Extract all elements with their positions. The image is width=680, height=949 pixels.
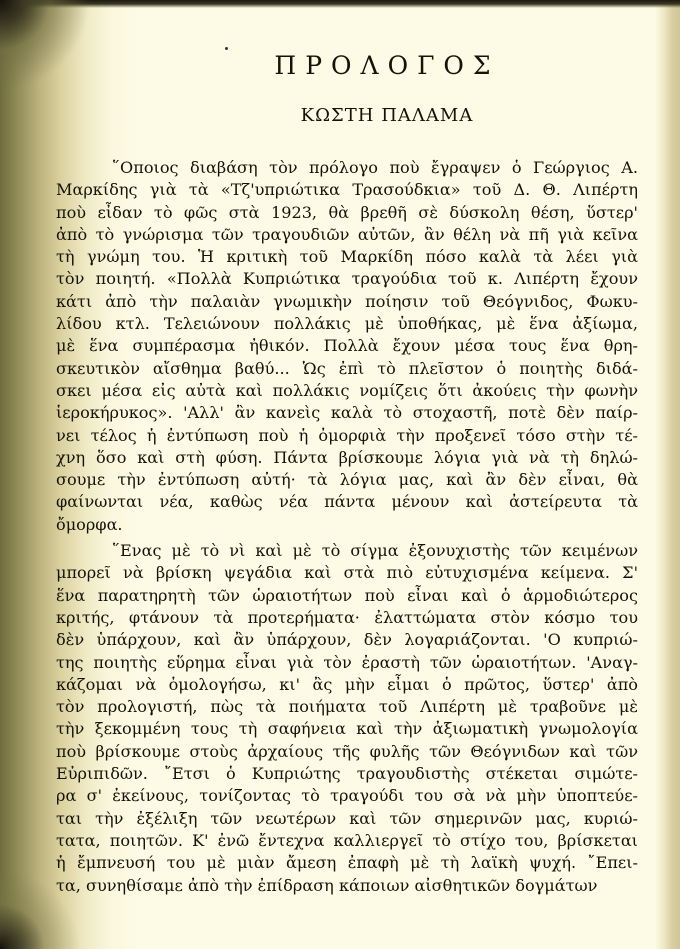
text-line: κριτής, φτάνουν τὰ προτερήματα· ἐλαττώμα… xyxy=(56,607,638,629)
text-line: σκει μέσα εἰς αὐτὰ καὶ πολλάκις νομίζεις… xyxy=(56,380,638,402)
text-line: ὄμορφα. xyxy=(56,514,638,536)
text-line: της ποιητὴς εὕρημα εἶναι γιὰ τὸν ἐραστὴ … xyxy=(56,652,638,674)
text-line: δὲν ὑπάρχουν, καὶ ἂν ὑπάρχουν, δὲν λογαρ… xyxy=(56,629,638,651)
text-line: κάζομαι νὰ ὁμολογήσω, κι' ἂς μὴν εἶμαι ὁ… xyxy=(56,674,638,696)
text-line: μὲ ἕνα συμπέρασμα ἠθικόν. Πολλὰ ἔχουν μέ… xyxy=(56,335,638,357)
text-line: τὴν ξεκομμένη τους τὴ σαφήνεια καὶ τὴν ἀ… xyxy=(56,718,638,740)
text-line: χνη ὅσο καὶ στὴ φύση. Πάντα βρίσκουμε λό… xyxy=(56,447,638,469)
text-line: ῞Ενας μὲ τὸ νὶ καὶ μὲ τὸ σίγμα ἐξονυχιστ… xyxy=(56,540,638,562)
page-content: ΠΡΟΛΟΓΟΣ ΚΩΣΤΗ ΠΑΛΑΜΑ ῞Οποιος διαβάση τὸ… xyxy=(56,48,638,897)
text-line: τα, συνηθίσαμε ἀπὸ τὴν ἐπίδραση κάποιων … xyxy=(56,875,638,897)
text-line: ρα σ' ἐκείνους, τονίζοντας τὸ τραγούδι τ… xyxy=(56,785,638,807)
author-heading: ΚΩΣΤΗ ΠΑΛΑΜΑ xyxy=(136,102,638,130)
text-line: Μαρκίδης γιὰ τὰ «Τζ'υπριώτικα Τρασούδκια… xyxy=(56,179,638,201)
text-line: ποὺ βρίσκουμε στοὺς ἀρχαίους τῆς φυλῆς τ… xyxy=(56,741,638,763)
text-line: τὴ γνώμη του. Ἡ κριτικὴ τοῦ Μαρκίδη πόσο… xyxy=(56,246,638,268)
paragraph-2: ῞Ενας μὲ τὸ νὶ καὶ μὲ τὸ σίγμα ἐξονυχιστ… xyxy=(56,540,638,897)
text-line: τὸν ποιητή. «Πολλὰ Κυπριώτικα τραγούδια … xyxy=(56,268,638,290)
text-line: ἡ ἔμπνευσή του μὲ μιὰν ἄμεση ἐπαφὴ μὲ τὴ… xyxy=(56,852,638,874)
text-line: κάτι ἀπὸ τὴν παλαιὰν γνωμικὴν ποίησιν το… xyxy=(56,291,638,313)
text-line: ποὺ εἶδαν τὸ φῶς στὰ 1923, θὰ βρεθῆ σὲ δ… xyxy=(56,202,638,224)
text-line: φαίνωνται νέα, καθὼς νέα πάντα μένουν κα… xyxy=(56,491,638,513)
text-line: μπορεῖ νὰ βρίσκη ψεγάδια καὶ στὰ πιὸ εὐτ… xyxy=(56,562,638,584)
text-line: ται τὴν ἐξέλιξη τῶν νεωτέρων καὶ τῶν σημ… xyxy=(56,808,638,830)
text-line: ἕνα παρατηρητὴ τῶν ὡραιοτήτων ποὺ εἶναι … xyxy=(56,585,638,607)
text-line: νει τέλος ἡ ἐντύπωση ποὺ ἡ ὀμορφιὰ τὴν π… xyxy=(56,425,638,447)
text-line: σκευτικὸν αἴσθημα βαθύ... Ὡς ἐπὶ τὸ πλεῖ… xyxy=(56,358,638,380)
text-line: ἀπὸ τὸ γνώρισμα τῶν τραγουδιῶν αὐτῶν, ἂν… xyxy=(56,224,638,246)
text-line: ῞Οποιος διαβάση τὸν πρόλογο ποὺ ἔγραψεν … xyxy=(56,157,638,179)
text-line: τὸν προλογιστή, πὼς τὰ ποιήματα τοῦ Λιπέ… xyxy=(56,696,638,718)
text-line: σουμε τὴν ἐντύπωση αὐτή· τὰ λόγια μας, κ… xyxy=(56,469,638,491)
scanned-book-page: ΠΡΟΛΟΓΟΣ ΚΩΣΤΗ ΠΑΛΑΜΑ ῞Οποιος διαβάση τὸ… xyxy=(0,0,680,949)
page-title: ΠΡΟΛΟΓΟΣ xyxy=(136,48,638,84)
text-line: ἱεροκήρυκος». 'Αλλ' ἂν κανεὶς καλὰ τὸ στ… xyxy=(56,402,638,424)
text-line: Εὐριπιδῶν. ῎Ετσι ὁ Κυπριώτης τραγουδιστὴ… xyxy=(56,763,638,785)
paragraph-1: ῞Οποιος διαβάση τὸν πρόλογο ποὺ ἔγραψεν … xyxy=(56,157,638,536)
text-line: λίδου κτλ. Τελειώνουν πολλάκις μὲ ὑποθήκ… xyxy=(56,313,638,335)
top-edge-shadow xyxy=(0,0,680,8)
text-line: τατα, ποιητῶν. Κ' ἐνῶ ἔντεχνα καλλιεργεῖ… xyxy=(56,830,638,852)
